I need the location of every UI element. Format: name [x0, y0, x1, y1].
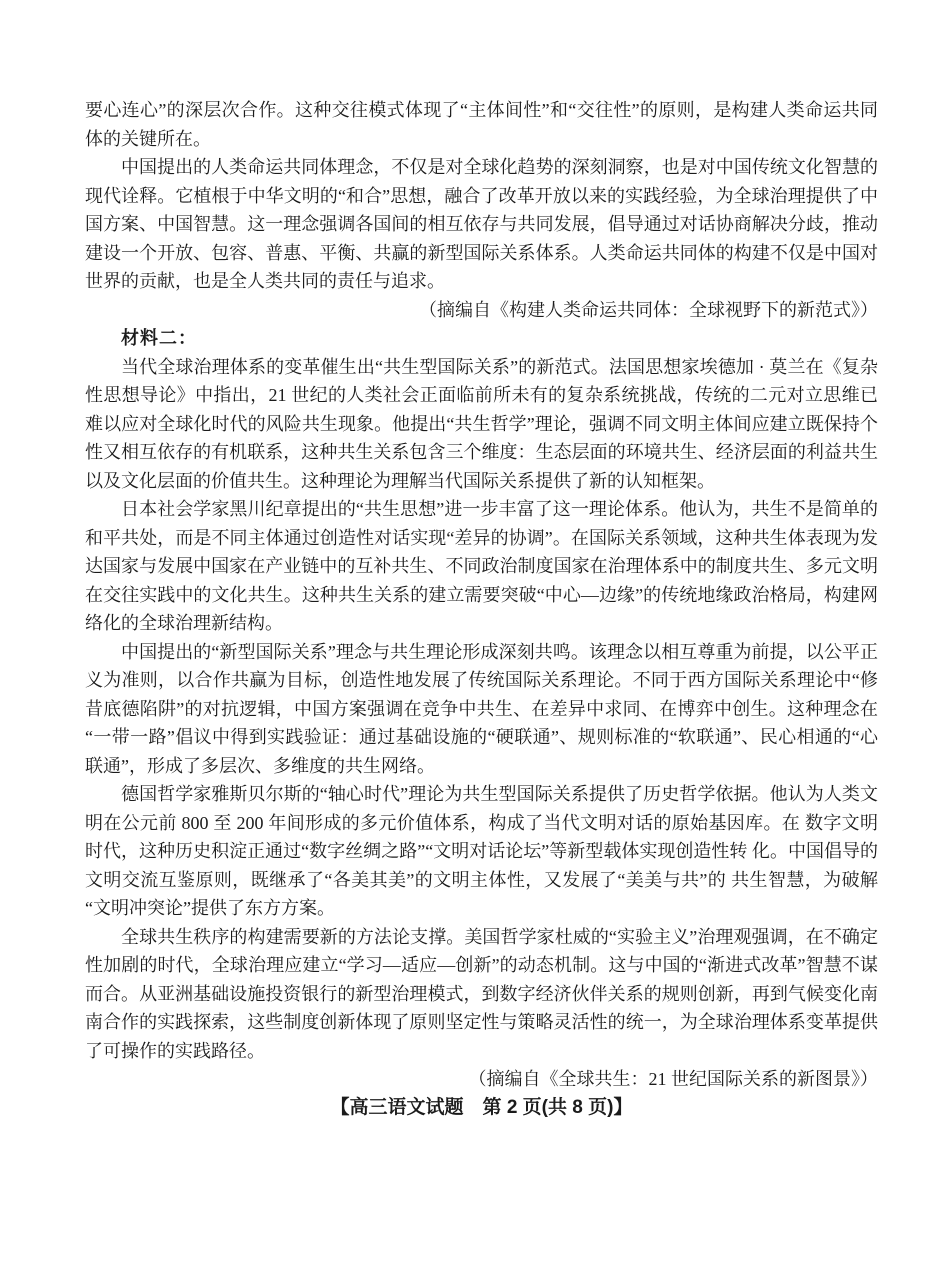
- material-one-attribution: （摘编自《构建人类命运共同体：全球视野下的新范式》）: [85, 296, 878, 325]
- material-one-continuation-paragraph: 要心连心”的深层次合作。这种交往模式体现了“主体间性”和“交往性”的原则，是构建…: [85, 96, 878, 153]
- material-two-paragraph-4: 德国哲学家雅斯贝尔斯的“轴心时代”理论为共生型国际关系提供了历史哲学依据。他认为…: [85, 780, 878, 923]
- material-two-attribution: （摘编自《全球共生：21 世纪国际关系的新图景》）: [85, 1065, 878, 1094]
- exam-paper-page: 要心连心”的深层次合作。这种交往模式体现了“主体间性”和“交往性”的原则，是构建…: [0, 0, 950, 1287]
- page-footer: 【高三语文试题 第 2 页(共 8 页)】: [85, 1094, 878, 1123]
- material-two-paragraph-1: 当代全球治理体系的变革催生出“共生型国际关系”的新范式。法国思想家埃德加 · 莫…: [85, 353, 878, 496]
- material-two-paragraph-5: 全球共生秩序的构建需要新的方法论支撑。美国哲学家杜威的“实验主义”治理观强调，在…: [85, 923, 878, 1066]
- material-two-paragraph-3: 中国提出的“新型国际关系”理念与共生理论形成深刻共鸣。该理念以相互尊重为前提，以…: [85, 638, 878, 781]
- material-two-paragraph-2: 日本社会学家黑川纪章提出的“共生思想”进一步丰富了这一理论体系。他认为，共生不是…: [85, 495, 878, 638]
- material-one-paragraph: 中国提出的人类命运共同体理念，不仅是对全球化趋势的深刻洞察，也是对中国传统文化智…: [85, 153, 878, 296]
- page-text-block: 要心连心”的深层次合作。这种交往模式体现了“主体间性”和“交往性”的原则，是构建…: [85, 96, 878, 1122]
- material-two-heading: 材料二：: [85, 324, 878, 353]
